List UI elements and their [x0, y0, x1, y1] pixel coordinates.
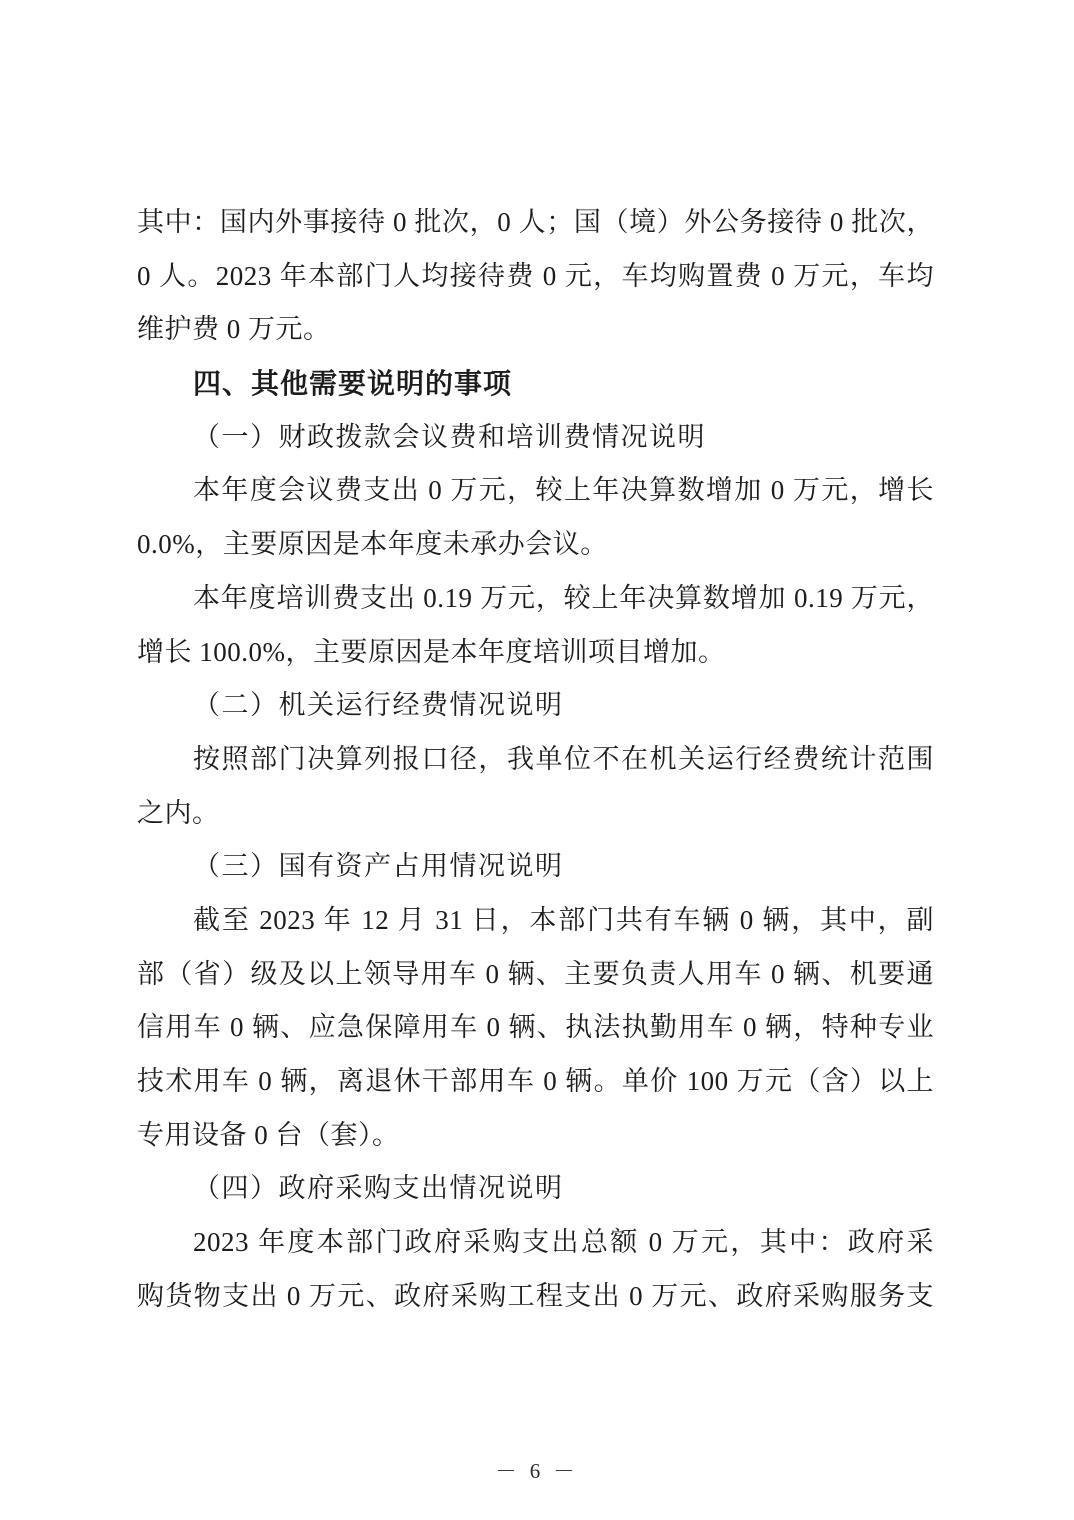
body-line: 部（省）级及以上领导用车 0 辆、主要负责人用车 0 辆、机要通	[137, 948, 934, 1002]
body-line: 按照部门决算列报口径，我单位不在机关运行经费统计范围	[137, 733, 934, 787]
body-line: 专用设备 0 台（套）。	[137, 1109, 934, 1163]
section-heading: 四、其他需要说明的事项	[137, 357, 934, 411]
body-line: 技术用车 0 辆，离退休干部用车 0 辆。单价 100 万元（含）以上	[137, 1055, 934, 1109]
subsection-heading: （二）机关运行经费情况说明	[137, 679, 934, 733]
body-line: 0.0%，主要原因是本年度未承办会议。	[137, 518, 934, 572]
page-number: － 6 －	[0, 1455, 1074, 1485]
body-line: 增长 100.0%，主要原因是本年度培训项目增加。	[137, 626, 934, 680]
subsection-heading: （一）财政拨款会议费和培训费情况说明	[137, 411, 934, 465]
body-line: 本年度培训费支出 0.19 万元，较上年决算数增加 0.19 万元，	[137, 572, 934, 626]
subsection-heading: （三）国有资产占用情况说明	[137, 840, 934, 894]
body-line: 之内。	[137, 787, 934, 841]
subsection-heading: （四）政府采购支出情况说明	[137, 1162, 934, 1216]
body-line: 0 人。2023 年本部门人均接待费 0 元，车均购置费 0 万元，车均	[137, 250, 934, 304]
body-line: 购货物支出 0 万元、政府采购工程支出 0 万元、政府采购服务支	[137, 1270, 934, 1324]
body-line: 截至 2023 年 12 月 31 日，本部门共有车辆 0 辆，其中，副	[137, 894, 934, 948]
document-page: 其中：国内外事接待 0 批次，0 人；国（境）外公务接待 0 批次， 0 人。2…	[0, 0, 1074, 1520]
body-line: 维护费 0 万元。	[137, 303, 934, 357]
document-text-block: 其中：国内外事接待 0 批次，0 人；国（境）外公务接待 0 批次， 0 人。2…	[137, 196, 934, 1323]
body-line: 2023 年度本部门政府采购支出总额 0 万元，其中：政府采	[137, 1216, 934, 1270]
body-line: 其中：国内外事接待 0 批次，0 人；国（境）外公务接待 0 批次，	[137, 196, 934, 250]
body-line: 本年度会议费支出 0 万元，较上年决算数增加 0 万元，增长	[137, 464, 934, 518]
body-line: 信用车 0 辆、应急保障用车 0 辆、执法执勤用车 0 辆，特种专业	[137, 1001, 934, 1055]
